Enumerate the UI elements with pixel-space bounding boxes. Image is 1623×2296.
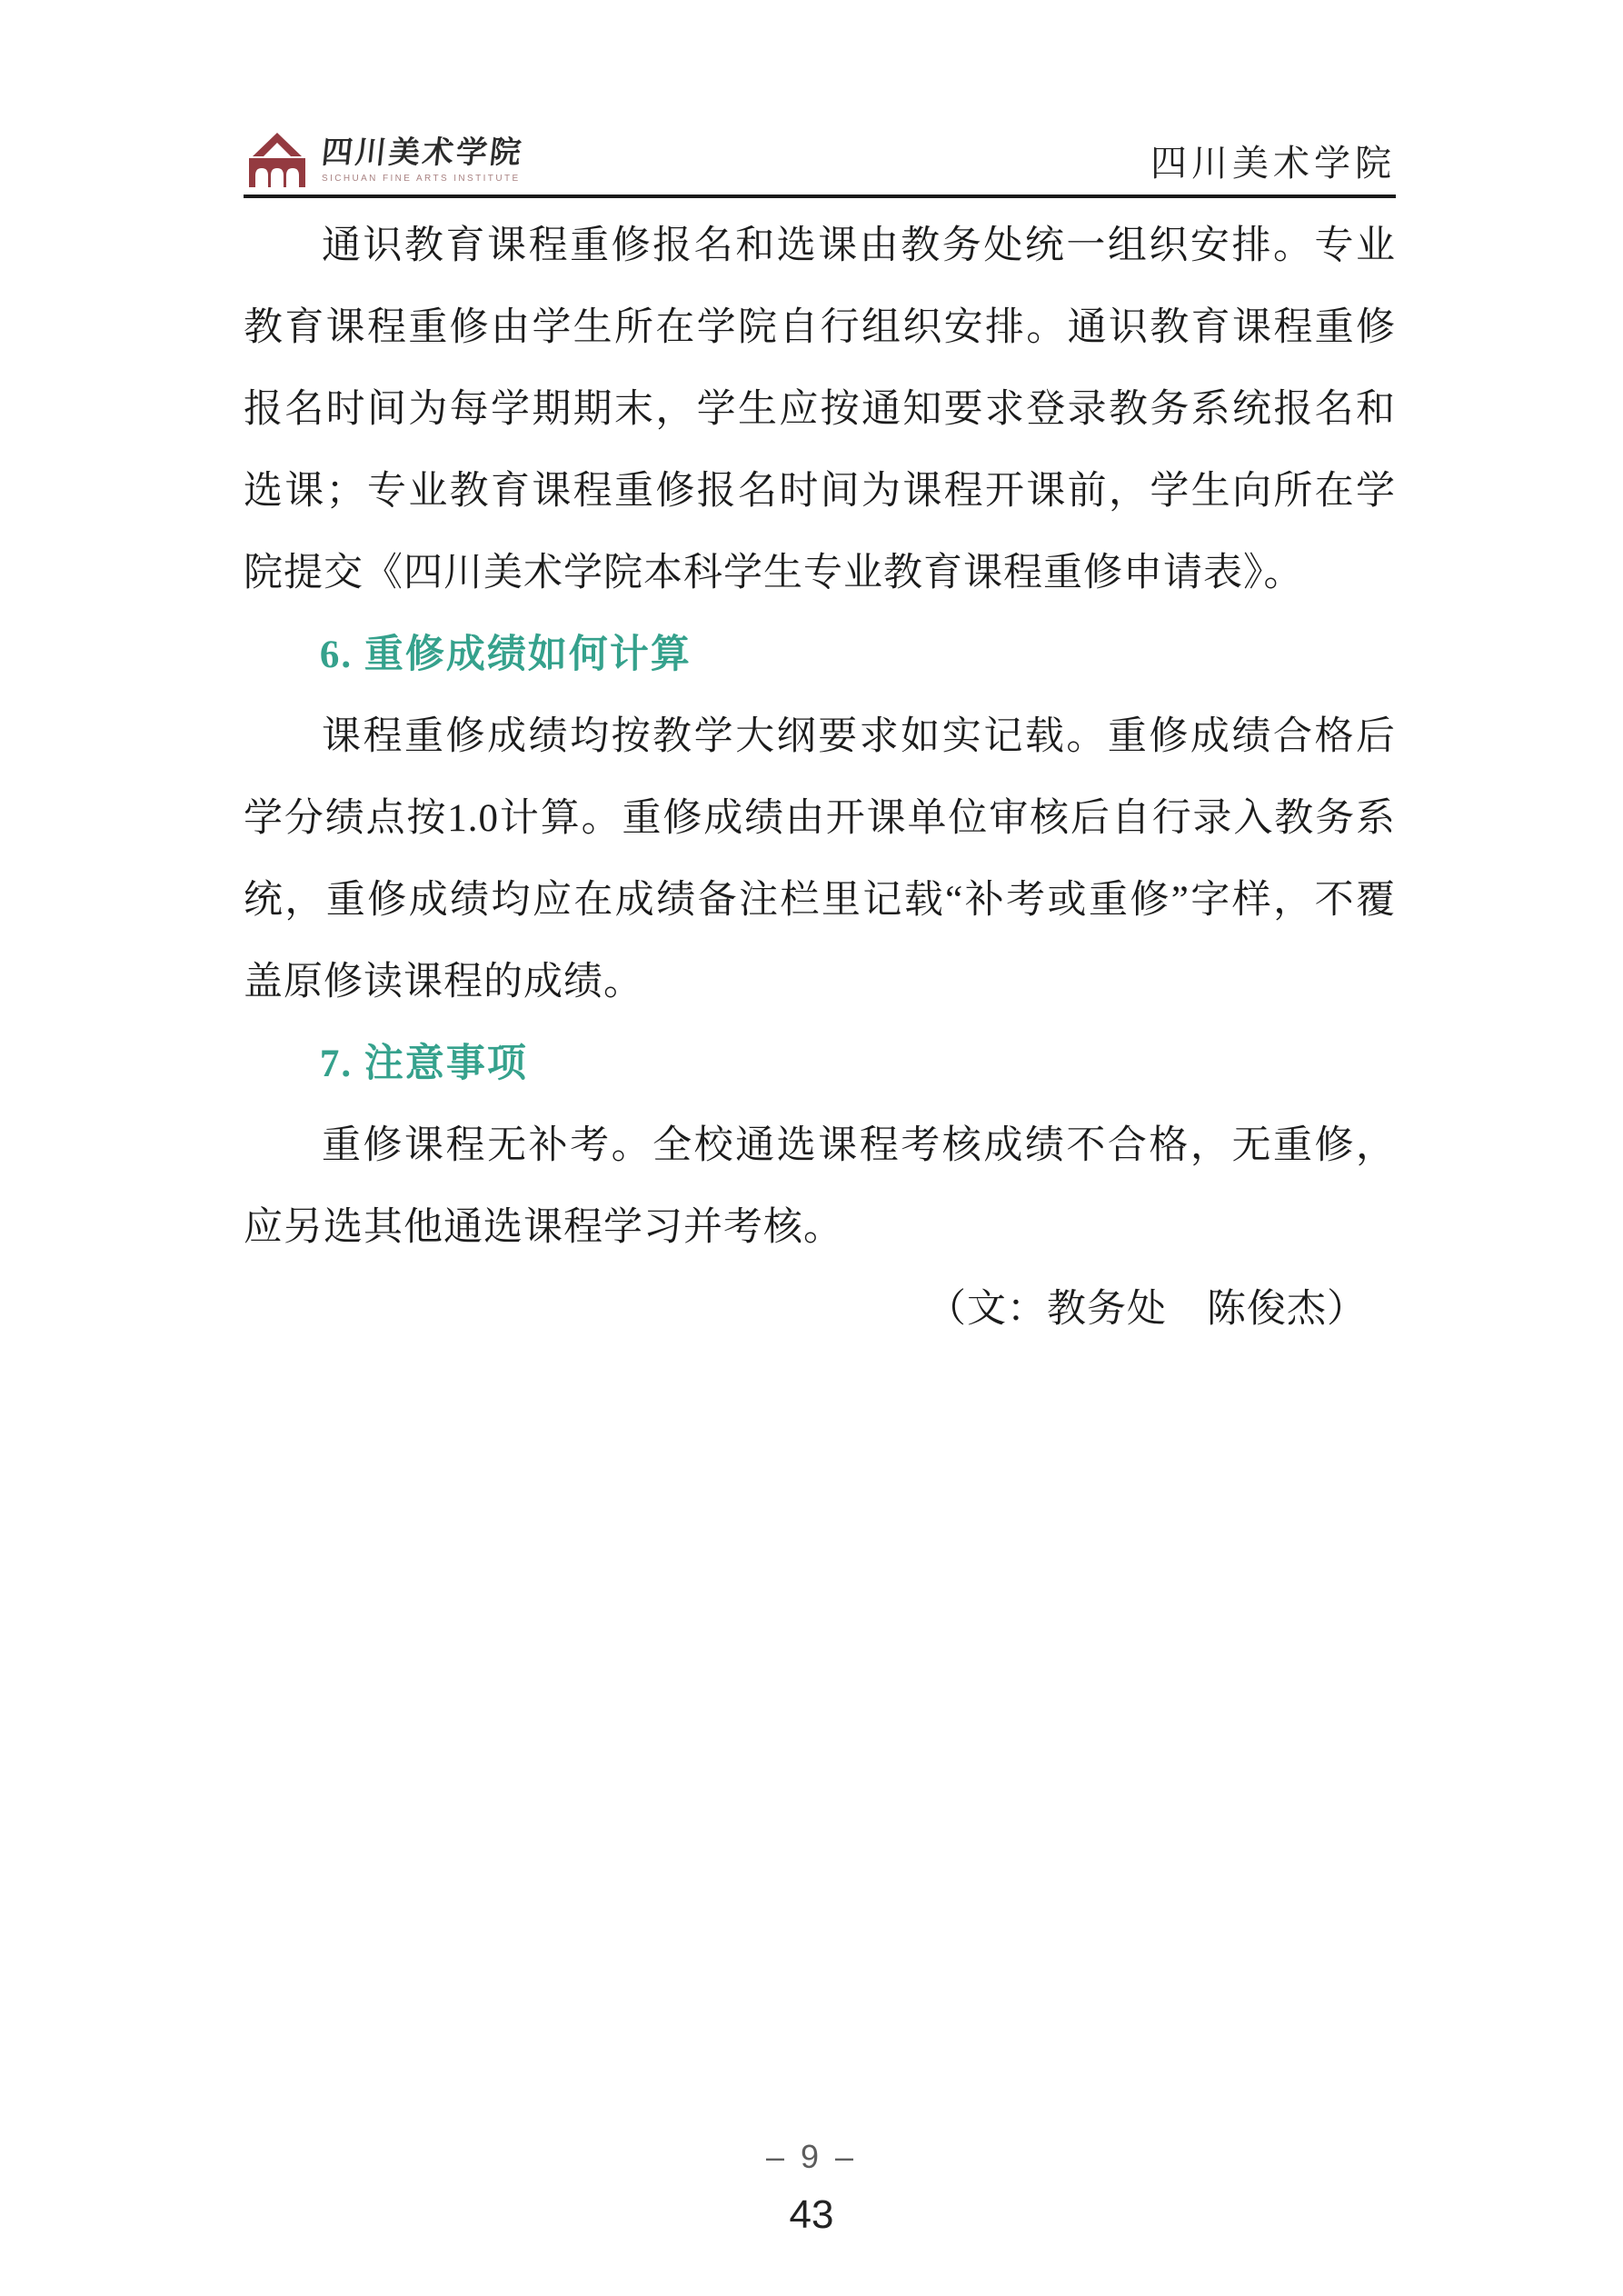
school-logo-name: 四川美术学院 (320, 136, 525, 170)
document-page: 四川美术学院 SICHUAN FINE ARTS INSTITUTE 四川美术学… (0, 0, 1623, 2296)
section-heading-6: 6. 重修成绩如何计算 (244, 614, 1396, 696)
section-heading-7: 7. 注意事项 (244, 1023, 1396, 1105)
paragraph-notes: 重修课程无补考。全校通选课程考核成绩不合格，无重修，应另选其他通选课程学习并考核… (244, 1105, 1396, 1269)
document-body: 通识教育课程重修报名和选课由教务处统一组织安排。专业教育课程重修由学生所在学院自… (244, 205, 1396, 1351)
page-number: – 9 – (0, 2138, 1623, 2176)
school-logo-text: 四川美术学院 SICHUAN FINE ARTS INSTITUTE (322, 136, 523, 183)
header-school-title: 四川美术学院 (1150, 145, 1396, 187)
sheet-number: 43 (0, 2192, 1623, 2238)
school-logo: 四川美术学院 SICHUAN FINE ARTS INSTITUTE (244, 133, 523, 187)
paragraph-grade-calculation: 课程重修成绩均按教学大纲要求如实记载。重修成绩合格后学分绩点按1.0计算。重修成… (244, 696, 1396, 1023)
school-building-icon (244, 133, 311, 187)
school-logo-name-en: SICHUAN FINE ARTS INSTITUTE (322, 174, 523, 184)
page-header: 四川美术学院 SICHUAN FINE ARTS INSTITUTE 四川美术学… (244, 133, 1396, 198)
paragraph-retake-registration: 通识教育课程重修报名和选课由教务处统一组织安排。专业教育课程重修由学生所在学院自… (244, 205, 1396, 614)
byline: （文：教务处 陈俊杰） (244, 1269, 1396, 1351)
